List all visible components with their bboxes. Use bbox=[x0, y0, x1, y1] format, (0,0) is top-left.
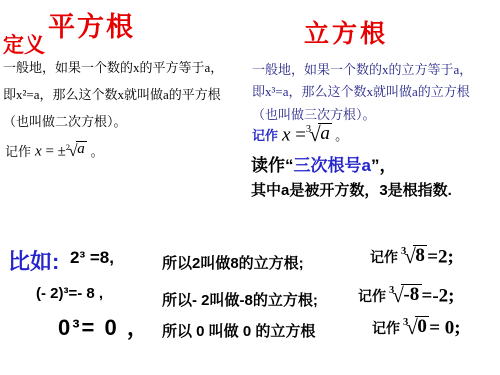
cube-root-notation: 记作 x =3√a 。 bbox=[252, 123, 352, 146]
example-explanation-2: 所以- 2叫做-8的立方根; bbox=[162, 289, 318, 310]
example-notation-2: 记作 3√-8=-2; bbox=[358, 284, 455, 307]
definition-label: 定义 bbox=[3, 29, 45, 59]
square-root-formula: x = ±2√a bbox=[35, 141, 87, 161]
cube-root-title: 立方根 bbox=[304, 14, 388, 50]
radical: 3√8 bbox=[401, 245, 427, 266]
square-root-def-line1: 一般地，如果一个数的x的平方等于a， bbox=[3, 57, 223, 76]
square-root-notation: 记作 x = ±2√a 。 bbox=[5, 141, 108, 161]
example-notation-3: 记作 3√0= 0; bbox=[372, 316, 461, 339]
radical: 2√a bbox=[66, 141, 87, 158]
example-formula-1: 2³ =8, bbox=[70, 248, 114, 268]
reading-highlight: 三次根号a bbox=[294, 156, 371, 175]
example-formula-3: 0³= 0 ， bbox=[58, 311, 151, 342]
cube-root-def-line2: 即x³=a，那么这个数x就叫做a的立方根 bbox=[252, 81, 470, 100]
example-explanation-1: 所以2叫做8的立方根; bbox=[162, 252, 304, 273]
example-formula-2: (- 2)³=- 8 , bbox=[36, 285, 103, 302]
cube-root-reading: 读作“三次根号a”， bbox=[251, 151, 396, 176]
cube-root-note: 其中a是被开方数，3是根指数. bbox=[251, 179, 452, 200]
square-root-def-line2: 即x²=a，那么这个数x就叫做a的平方根 bbox=[3, 84, 221, 103]
square-root-def-line3: （也叫做二次方根）。 bbox=[3, 111, 127, 130]
examples-label: 比如: bbox=[8, 245, 59, 276]
radical: 3√a bbox=[306, 123, 332, 144]
example-notation-1: 记作 3√8=2; bbox=[370, 245, 454, 268]
math-slide: 平方根 定义 一般地，如果一个数的x的平方等于a， 即x²=a，那么这个数x就叫… bbox=[0, 0, 500, 375]
example-explanation-3: 所以 0 叫做 0 的立方根 bbox=[162, 320, 315, 341]
square-root-title: 平方根 bbox=[48, 5, 135, 44]
notation-prefix: 记作 bbox=[252, 125, 278, 144]
cube-root-formula: x =3√a bbox=[282, 123, 332, 146]
radical: 3√0 bbox=[403, 316, 429, 337]
notation-prefix: 记作 bbox=[5, 141, 31, 160]
cube-root-def-line3: （也叫做三次方根）。 bbox=[252, 104, 376, 123]
cube-root-def-line1: 一般地，如果一个数的x的立方等于a， bbox=[252, 59, 472, 78]
radical: 3√-8 bbox=[389, 284, 422, 305]
